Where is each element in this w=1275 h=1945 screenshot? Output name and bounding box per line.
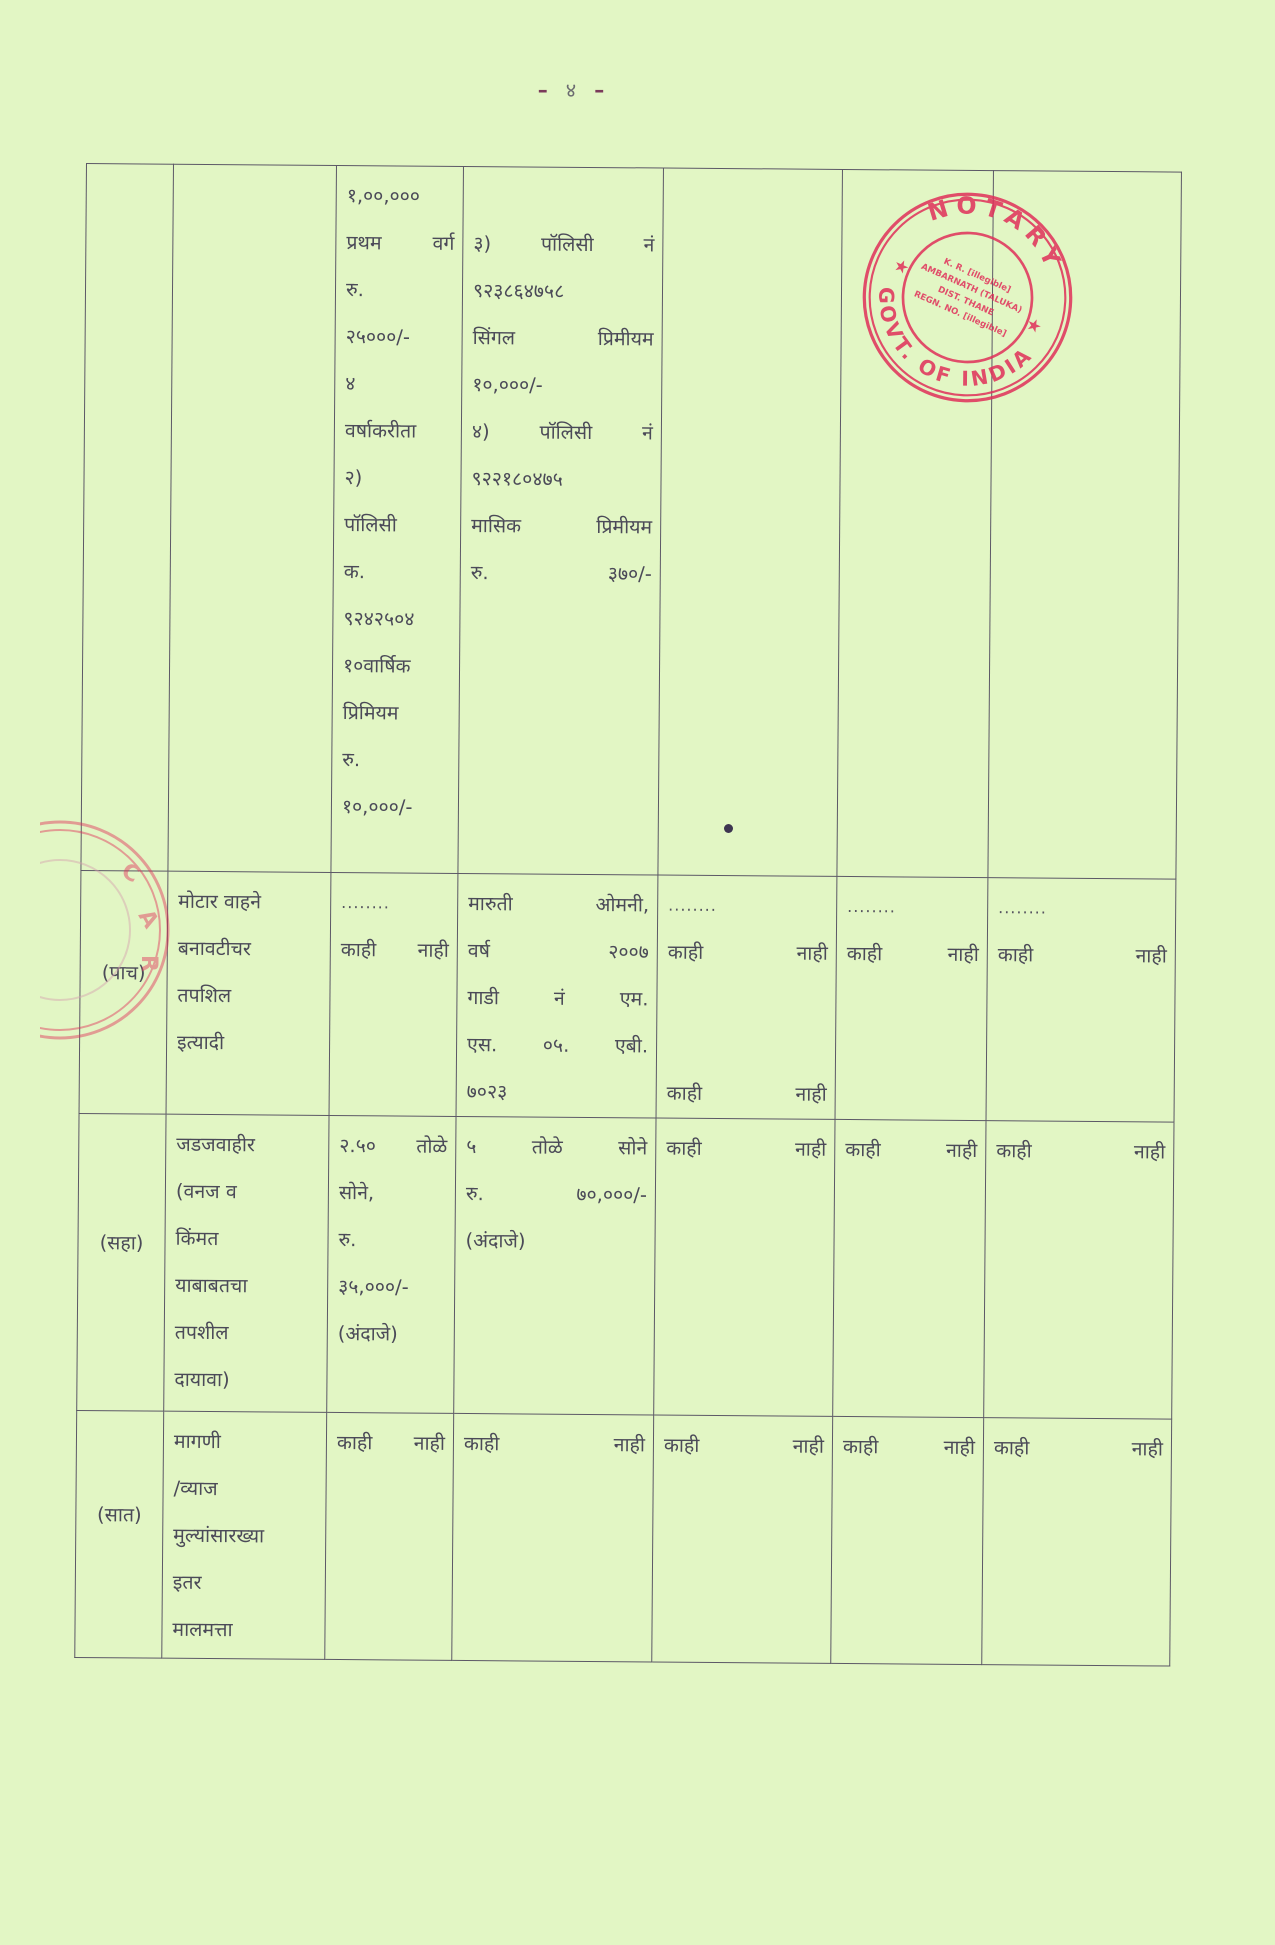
cell-line: क. [344,548,452,596]
cell-line: रु. [342,736,450,784]
value-cell-col6: ........काहीनाही [835,876,988,1120]
cell-line: पॉलिसी [344,501,452,549]
cell-line: ९२३८६४७५८ [473,267,654,315]
cell-line: काहीनाही [464,1420,645,1468]
cell-line: रु.३७०/- [471,549,652,597]
cell-line: इतर [173,1559,317,1607]
cell-line: काहीनाही [843,1423,975,1471]
item-description-cell: मागणी/व्याजमुल्यांसारख्याइतरमालमत्ता [162,1411,327,1659]
table-row: (सात)मागणी/व्याजमुल्यांसारख्याइतरमालमत्त… [75,1410,1172,1666]
cell-line: ३)पॉलिसीनं [473,220,654,268]
cell-line: ४)पॉलिसीनं [472,408,653,456]
cell-line: मालमत्ता [172,1606,316,1654]
serial-label [85,477,171,478]
item-description-cell: जडजवाहीर(वनज वकिंमतयाबाबतचातपशीलदायावा) [164,1114,329,1412]
cell-line: रु. [338,1216,446,1264]
cell-line: काहीनाही [998,931,1167,979]
value-cell-col3: काहीनाही [325,1412,454,1660]
value-cell-col4: काहीनाही [452,1413,654,1662]
value-cell-col6: काहीनाही [831,1416,984,1664]
cell-line: ........ [998,884,1167,932]
cell-line: ........ [341,879,449,927]
cell-line: २) [344,454,452,502]
cell-line: काहीनाही [668,929,828,977]
cell-line: ५तोळेसोने [466,1123,647,1171]
cell-line: ९२४२५०४ [343,595,451,643]
table-row: (पाच)मोटार वाहनेबनावटीचरतपशिलइत्यादी....… [79,870,1176,1122]
cell-line: २.५०तोळे [339,1122,447,1170]
cell-line: काहीनाही [667,1070,827,1118]
cell-line: १०वार्षिक [343,642,451,690]
cell-line: जडजवाहीर [176,1121,320,1169]
faint-seal-impression: C A R [40,815,210,1045]
value-cell-col7: ........काहीनाही [986,878,1176,1122]
serial-cell [81,164,174,872]
page-number-dash-right: – [594,78,622,102]
cell-line: काहीनाही [341,926,449,974]
value-cell-col3: ........काहीनाही [329,872,458,1116]
cell-line: काहीनाही [337,1419,445,1467]
value-cell-col6: काहीनाही [833,1119,986,1417]
cell-line: (वनज व [176,1168,320,1216]
cell-line: एस.०५.एबी. [467,1021,648,1069]
item-description-cell [168,164,337,872]
cell-line: याबाबतचा [175,1262,319,1310]
cell-line: ९२२१८०४७५ [471,455,652,503]
cell-line: काहीनाही [847,930,979,978]
cell-line: मासिकप्रिमीयम [471,502,652,550]
cell-line: प्रथमवर्ग [346,219,454,267]
cell-line: काहीनाही [845,1126,977,1174]
cell-line [474,173,655,221]
cell-line: सिंगलप्रिमीयम [472,314,653,362]
cell-line: (अंदाजे) [465,1217,646,1265]
serial-label: (सात) [76,1490,162,1538]
cell-line: १०,०००/- [342,783,450,831]
cell-line: किंमत [175,1215,319,1263]
value-cell-col4: ३)पॉलिसीनं९२३८६४७५८सिंगलप्रिमीयम१०,०००/-… [458,166,664,875]
value-cell-col4: ५तोळेसोनेरु.७०,०००/-(अंदाजे) [454,1116,656,1415]
cell-line: दायावा) [174,1356,318,1404]
cell-line: प्रिमियम [343,689,451,737]
value-cell-col7: काहीनाही [982,1418,1172,1666]
value-cell-col5: काहीनाही [652,1415,833,1663]
value-cell-col7: काहीनाही [984,1121,1174,1419]
cell-line: १०,०००/- [472,361,653,409]
cell-line: ७०२३ [467,1068,648,1116]
value-cell-col3: २.५०तोळेसोने,रु.३५,०००/-(अंदाजे) [327,1115,456,1413]
serial-cell: (सहा) [77,1113,166,1411]
cell-line: वर्ष२००७ [468,927,649,975]
cell-line: ........ [668,882,828,930]
cell-line [667,1023,827,1071]
value-cell-col5: ........काहीनाहीकाहीनाही [656,875,837,1119]
page-number-dash-left: – [538,78,566,102]
cell-line: काहीनाही [666,1125,826,1173]
cell-line: मारुतीओमनी, [468,880,649,928]
cell-line: काहीनाही [664,1422,824,1470]
cell-line: काहीनाही [994,1424,1163,1472]
cell-line: (अंदाजे) [338,1310,446,1358]
cell-line: रु. [346,266,454,314]
cell-line: तपशील [175,1309,319,1357]
svg-text:R: R [136,955,161,972]
cell-line: काहीनाही [996,1127,1165,1175]
serial-label: (सहा) [78,1218,164,1266]
cell-line: मागणी [174,1418,318,1466]
ink-dot-mark [724,824,733,833]
cell-line: १,००,००० [347,172,455,220]
svg-text:C: C [117,859,143,889]
page-number: –४– [520,76,640,103]
value-cell-col3: १,००,०००प्रथमवर्गरु.२५०००/-४वर्षाकरीता२)… [331,165,464,873]
cell-line: गाडीनंएम. [467,974,648,1022]
value-cell-col5 [658,168,843,876]
cell-line: वर्षाकरीता [345,407,453,455]
page-number-value: ४ [566,78,594,102]
svg-text:★: ★ [890,255,912,280]
cell-line: ४ [345,360,453,408]
cell-line: /व्याज [173,1465,317,1513]
cell-line: सोने, [339,1169,447,1217]
cell-line [667,976,827,1024]
serial-cell: (सात) [75,1410,164,1658]
cell-line: रु.७०,०००/- [466,1170,647,1218]
table-row: (सहा)जडजवाहीर(वनज वकिंमतयाबाबतचातपशीलदाय… [77,1113,1174,1419]
cell-line: ३५,०००/- [338,1263,446,1311]
cell-line: मुल्यांसारख्या [173,1512,317,1560]
value-cell-col4: मारुतीओमनी,वर्ष२००७गाडीनंएम.एस.०५.एबी.७०… [456,873,658,1118]
cell-line: २५०००/- [345,313,453,361]
cell-line: ........ [847,883,979,931]
svg-text:★: ★ [1023,314,1045,339]
value-cell-col5: काहीनाही [654,1118,835,1416]
